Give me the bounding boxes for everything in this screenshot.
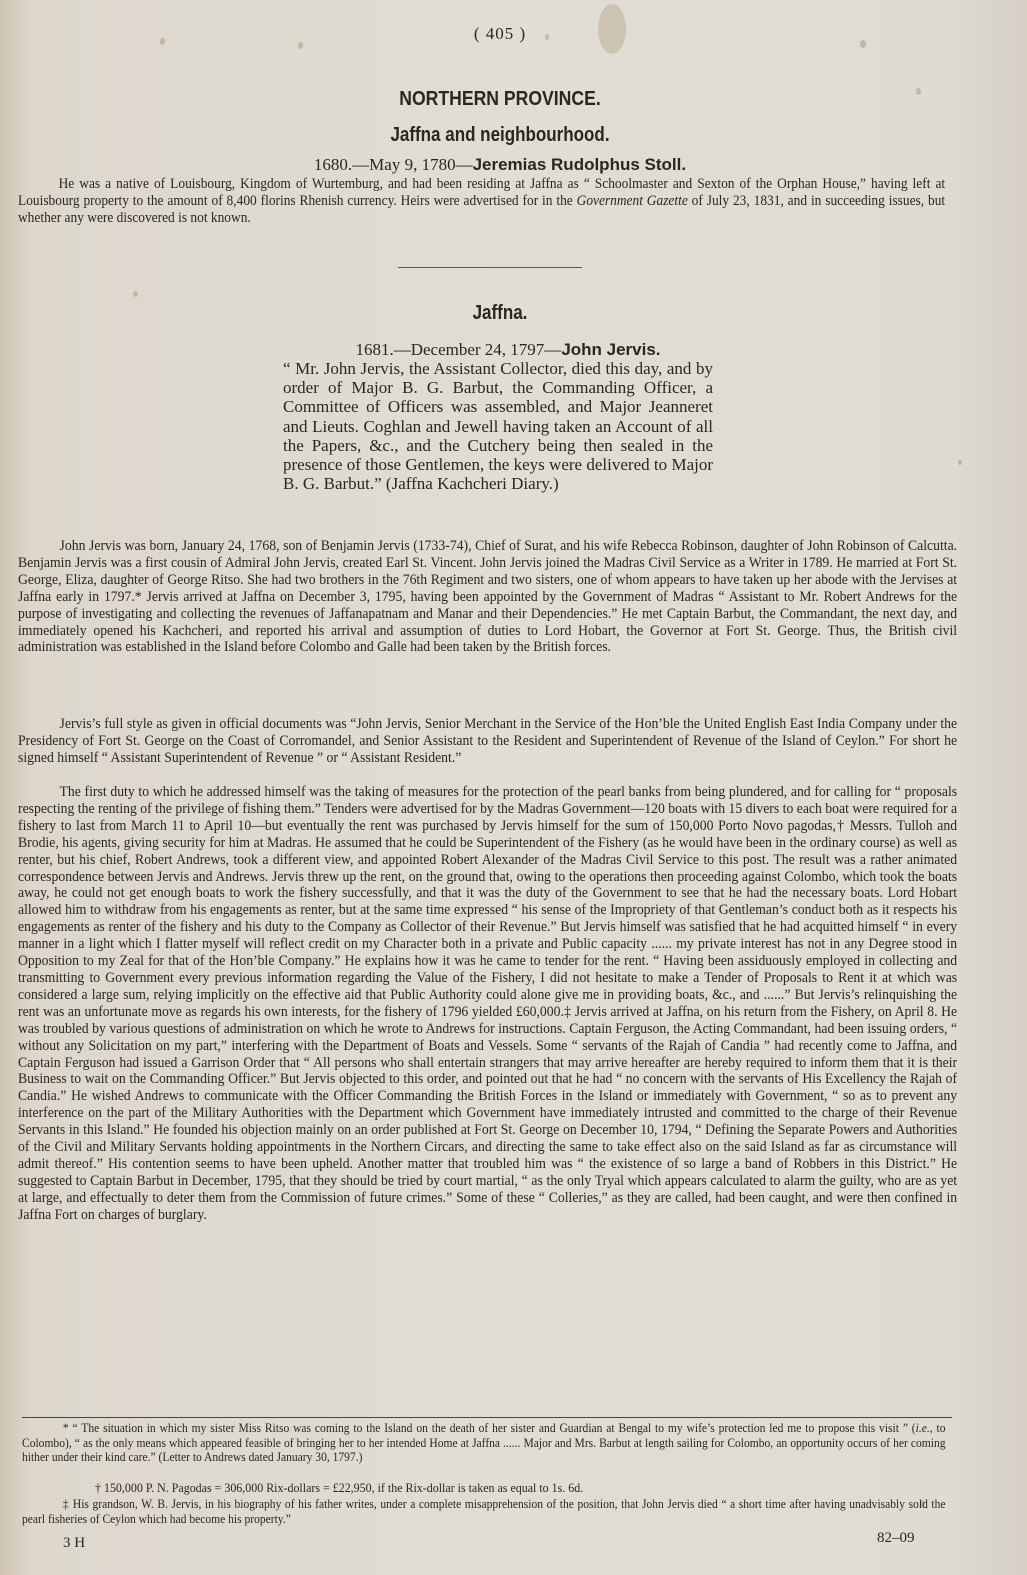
stain-mark — [958, 460, 962, 465]
entry-1681-heading: 1681.—December 24, 1797—John Jervis. — [328, 340, 688, 360]
entry-1680-body: He was a native of Louisbourg, Kingdom o… — [18, 176, 945, 227]
footnote-double-dagger: ‡ His grandson, W. B. Jervis, in his bio… — [22, 1497, 946, 1526]
entry-1681-name: John Jervis. — [561, 340, 660, 359]
footnote-star-text: * “ The situation in which my sister Mis… — [63, 1420, 916, 1435]
body-paragraph-3: The first duty to which he addressed him… — [18, 784, 957, 1224]
kachcheri-diary-quote: “ Mr. John Jervis, the Assistant Collect… — [283, 359, 713, 493]
subsection-heading-jaffna: Jaffna. — [75, 302, 925, 325]
body-paragraph-1: John Jervis was born, January 24, 1768, … — [18, 538, 957, 656]
footnote-divider — [22, 1417, 952, 1418]
scanned-page: ( 405 ) NORTHERN PROVINCE. Jaffna and ne… — [0, 0, 1027, 1575]
stain-mark — [133, 291, 138, 297]
gazette-title: Government Gazette — [577, 192, 688, 209]
signature-mark: 3 H — [63, 1535, 85, 1552]
footnote-star: * “ The situation in which my sister Mis… — [22, 1421, 946, 1465]
entry-1680-heading: 1680.—May 9, 1780—Jeremias Rudolphus Sto… — [0, 155, 1000, 175]
subsection-heading: Jaffna and neighbourhood. — [75, 124, 925, 147]
section-heading: NORTHERN PROVINCE. — [60, 88, 940, 111]
entry-1680-name: Jeremias Rudolphus Stoll. — [473, 155, 687, 174]
entry-1680-number-date: 1680.—May 9, 1780— — [314, 155, 473, 174]
footnote-star-ie: i.e. — [916, 1420, 930, 1435]
print-code: 82–09 — [877, 1530, 915, 1547]
body-paragraph-2: Jervis’s full style as given in official… — [18, 716, 957, 767]
footnote-dagger: † 150,000 P. N. Pagodas = 306,000 Rix-do… — [95, 1481, 923, 1496]
entry-1681-number-date: 1681.—December 24, 1797— — [355, 340, 561, 359]
section-divider — [398, 267, 582, 268]
page-number: ( 405 ) — [0, 24, 1000, 44]
